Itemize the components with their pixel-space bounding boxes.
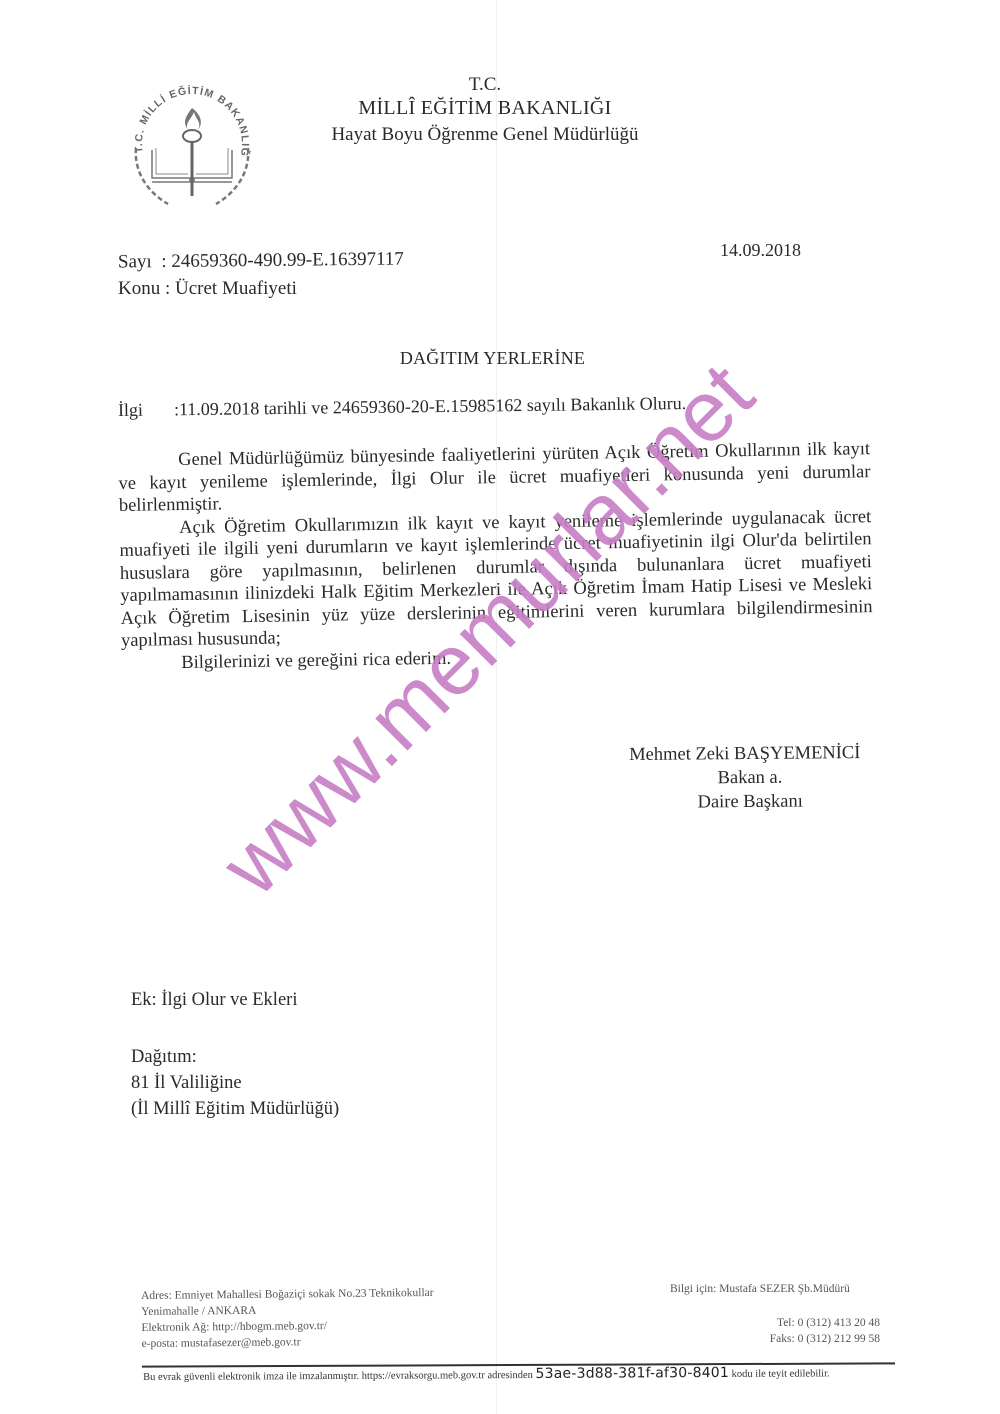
sayi-value: : 24659360-490.99-E.16397117 <box>161 249 404 273</box>
distribution-label: Dağıtım: <box>131 1044 339 1070</box>
verification-line: Bu evrak güvenli elektronik imza ile imz… <box>143 1364 903 1384</box>
distribution-item: 81 İl Valiliğine <box>131 1070 339 1096</box>
verify-suffix: kodu ile teyit edilebilir. <box>732 1368 830 1380</box>
verification-code: 53ae-3d88-381f-af30-8401 <box>535 1365 729 1382</box>
attachment-line: Ek: İlgi Olur ve Ekleri <box>131 990 297 1011</box>
footer-address: Adres: Emniyet Mahallesi Boğaziçi sokak … <box>141 1285 434 1352</box>
distribution-item: (İl Millî Eğitim Müdürlüğü) <box>131 1096 339 1122</box>
phone-number: Tel: 0 (312) 413 20 48 <box>670 1315 880 1331</box>
footer-contact: Bilgi için: Mustafa SEZER Şb.Müdürü Tel:… <box>670 1281 885 1347</box>
footer-address-line: Adres: Emniyet Mahallesi Boğaziçi sokak … <box>141 1285 434 1304</box>
watermark-text: www.memurlar.net <box>203 345 772 914</box>
header-directorate: Hayat Boyu Öğrenme Genel Müdürlüğü <box>0 124 970 146</box>
ilgi-label: İlgi <box>118 399 174 421</box>
header-ministry: MİLLÎ EĞİTİM BAKANLIĞI <box>0 97 970 120</box>
distribution-block: Dağıtım: 81 İl Valiliğine (İl Millî Eğit… <box>131 1044 339 1122</box>
konu-label: Konu <box>118 278 160 299</box>
addressee: DAĞITIM YERLERİNE <box>0 348 985 369</box>
sayi-label: Sayı <box>118 251 152 272</box>
verify-prefix: Bu evrak güvenli elektronik imza ile imz… <box>143 1370 533 1383</box>
ilgi-value: :11.09.2018 tarihli ve 24659360-20-E.159… <box>174 393 686 419</box>
document-date: 14.09.2018 <box>720 240 801 261</box>
footer-email[interactable]: e-posta: mustafasezer@meb.gov.tr <box>142 1333 435 1352</box>
konu-value: : Ücret Muafiyeti <box>165 278 297 299</box>
reference-line: İlgi:11.09.2018 tarihli ve 24659360-20-E… <box>118 393 686 421</box>
document-number: Sayı : 24659360-490.99-E.16397117 <box>118 249 404 274</box>
info-contact: Bilgi için: Mustafa SEZER Şb.Müdürü <box>670 1281 885 1297</box>
fax-number: Faks: 0 (312) 212 99 58 <box>670 1331 880 1347</box>
document-subject: Konu : Ücret Muafiyeti <box>118 278 297 300</box>
header-state: T.C. <box>0 74 970 96</box>
